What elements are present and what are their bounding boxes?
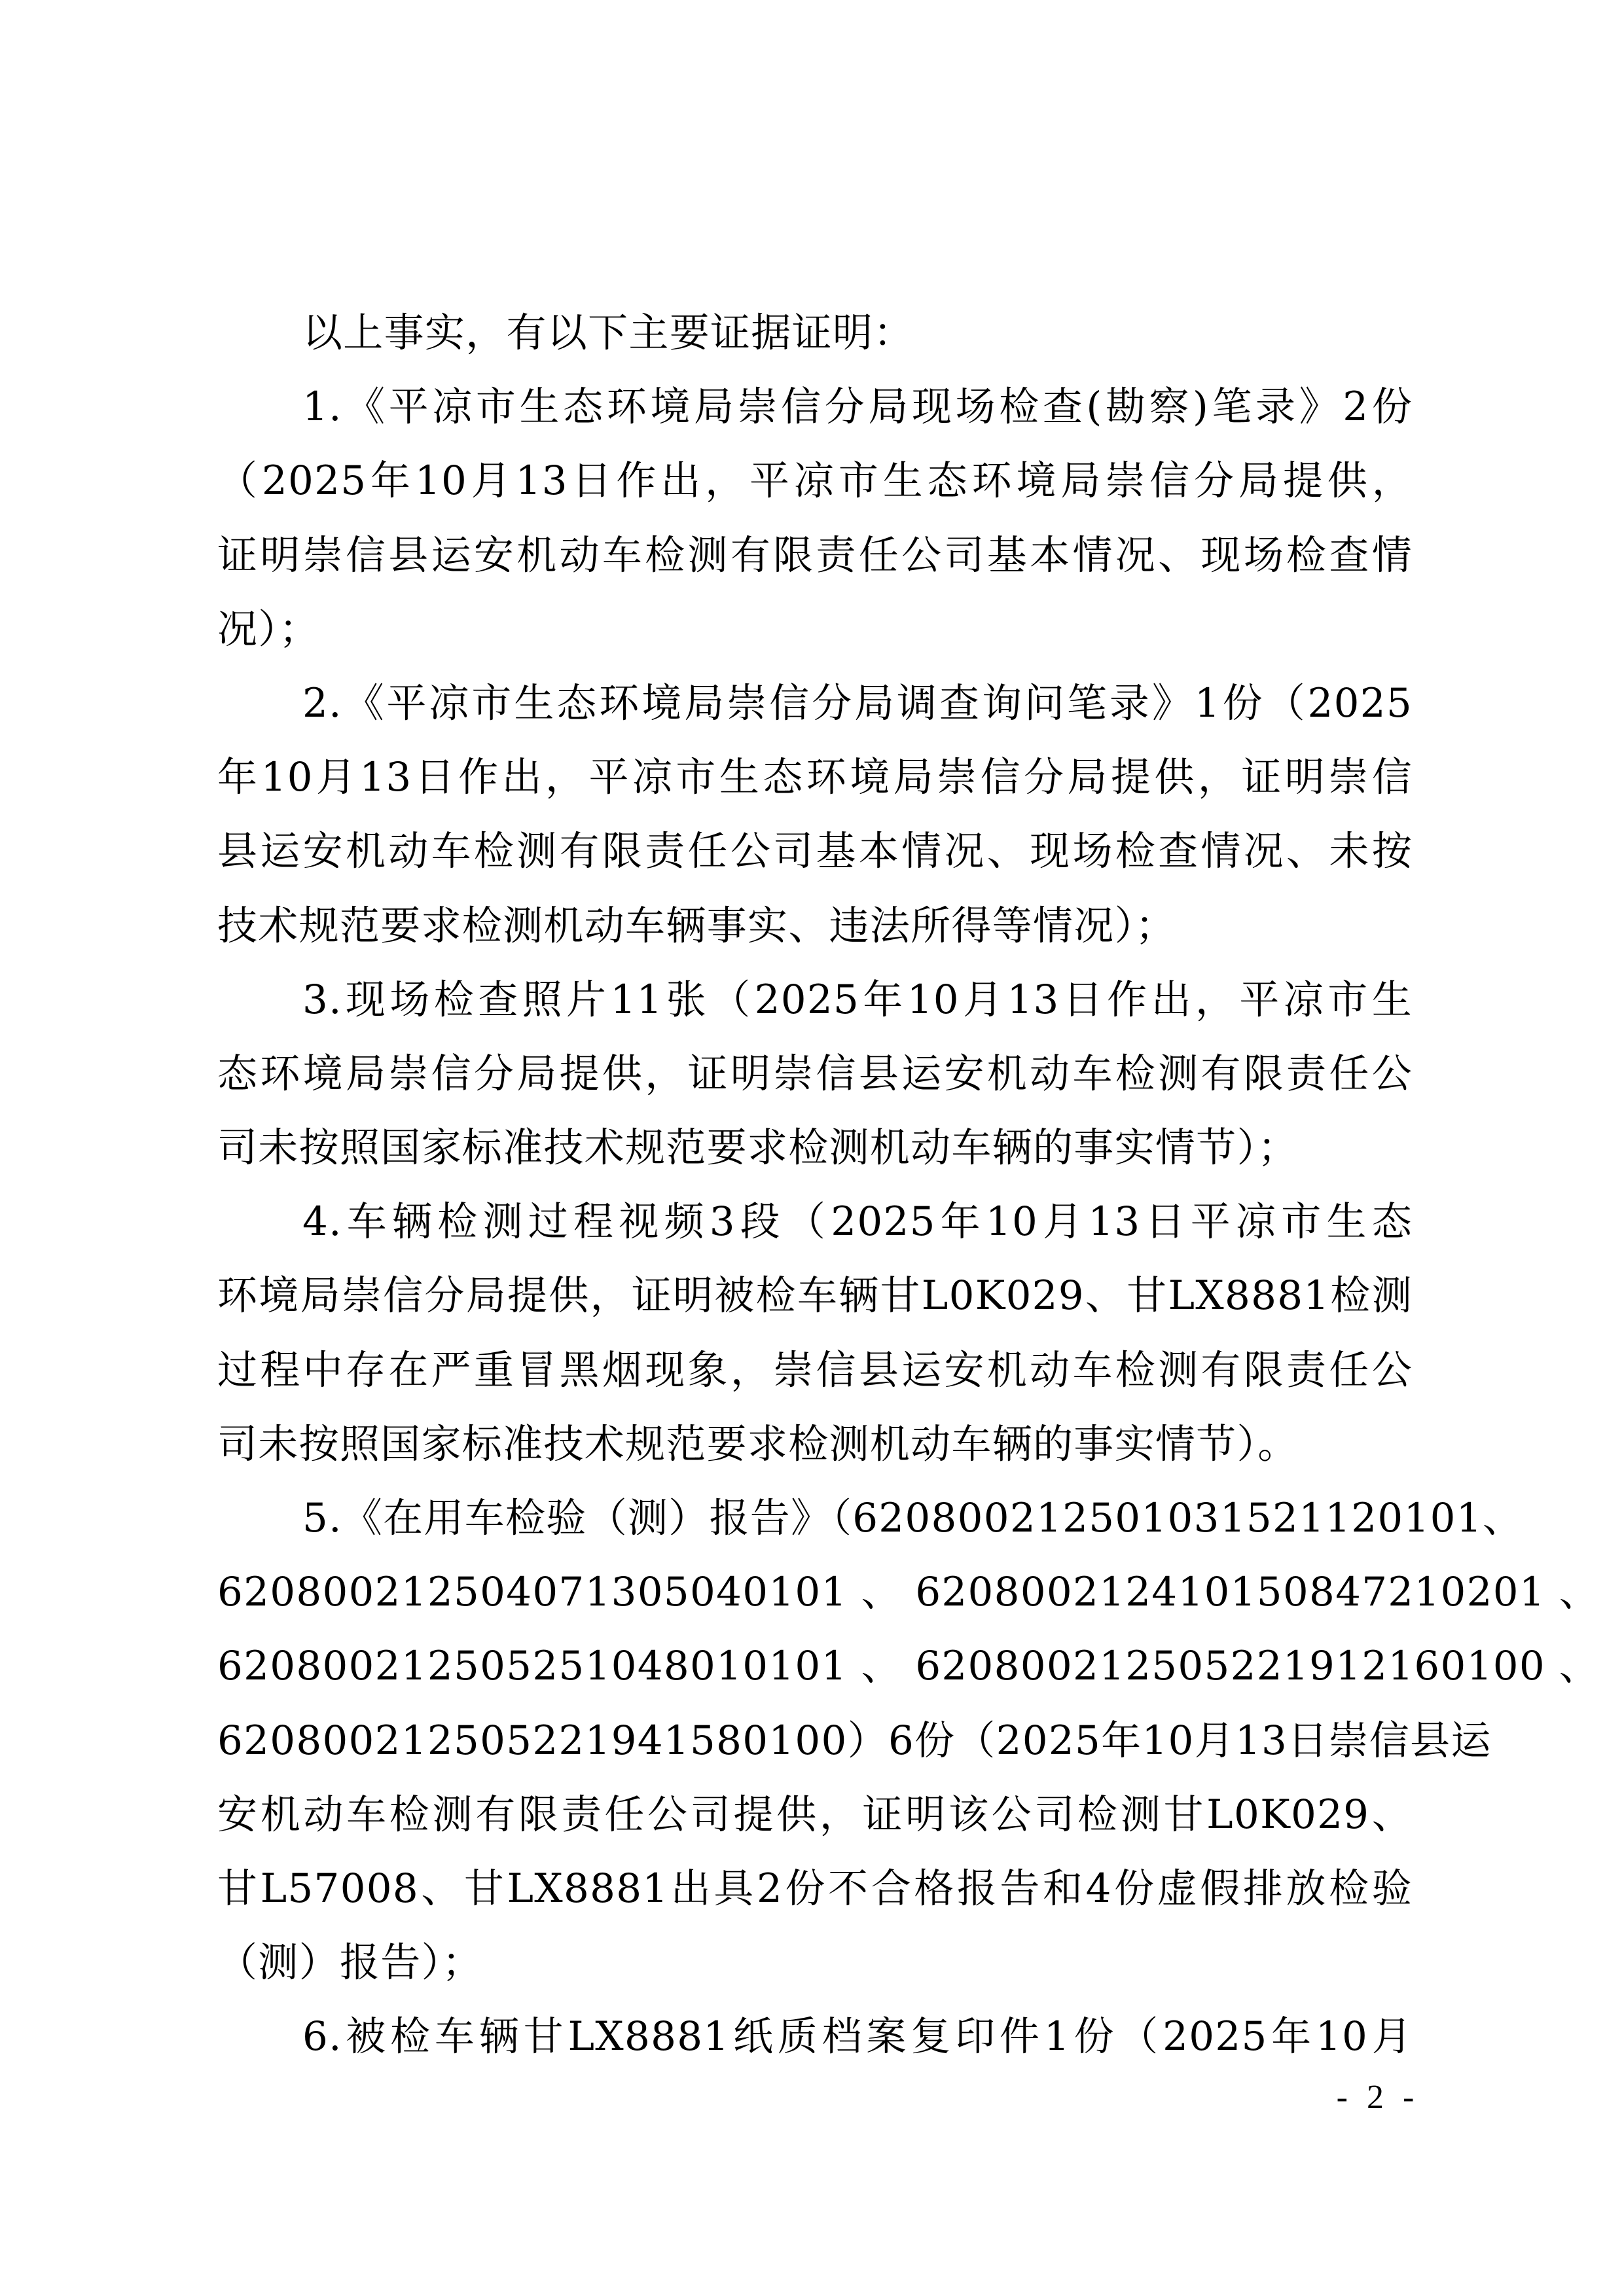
evidence-item-3: 3.现场检查照片11张（2025年10月13日作出，平凉市生 态环境局崇信分局提… <box>217 963 1413 1185</box>
evidence-line: （测）报告）； <box>217 1926 1413 2000</box>
evidence-line: 年10月13日作出，平凉市生态环境局崇信分局提供，证明崇信 <box>217 740 1413 814</box>
document-body: 以上事实，有以下主要证据证明： 1.《平凉市生态环境局崇信分局现场检查(勘察)笔… <box>217 296 1413 2074</box>
intro-line: 以上事实，有以下主要证据证明： <box>217 296 1413 370</box>
evidence-line: 技术规范要求检测机动车辆事实、违法所得等情况）； <box>217 889 1413 963</box>
evidence-line: 5.《在用车检验（测）报告》（620800212501031521120101、 <box>217 1481 1413 1555</box>
evidence-line: 证明崇信县运安机动车检测有限责任公司基本情况、现场检查情 <box>217 518 1413 592</box>
evidence-line: 620800212505251048010101 、 6208002125052… <box>217 1629 1413 1703</box>
evidence-line: 2.《平凉市生态环境局崇信分局调查询问笔录》1份（2025 <box>217 666 1413 740</box>
evidence-line: 6.被检车辆甘LX8881纸质档案复印件1份（2025年10月 <box>217 2000 1413 2073</box>
evidence-line: 司未按照国家标准技术规范要求检测机动车辆的事实情节）； <box>217 1111 1413 1185</box>
evidence-item-5: 5.《在用车检验（测）报告》（620800212501031521120101、… <box>217 1481 1413 2000</box>
evidence-line: 620800212505221941580100）6份（2025年10月13日崇… <box>217 1704 1413 1778</box>
evidence-line: 况）； <box>217 592 1413 666</box>
evidence-item-6: 6.被检车辆甘LX8881纸质档案复印件1份（2025年10月 <box>217 2000 1413 2073</box>
evidence-line: 县运安机动车检测有限责任公司基本情况、现场检查情况、未按 <box>217 814 1413 888</box>
evidence-line: 3.现场检查照片11张（2025年10月13日作出，平凉市生 <box>217 963 1413 1037</box>
evidence-line: 1.《平凉市生态环境局崇信分局现场检查(勘察)笔录》2份 <box>217 370 1413 444</box>
evidence-item-2: 2.《平凉市生态环境局崇信分局调查询问笔录》1份（2025 年10月13日作出，… <box>217 666 1413 963</box>
evidence-line: 安机动车检测有限责任公司提供，证明该公司检测甘L0K029、 <box>217 1778 1413 1852</box>
evidence-item-1: 1.《平凉市生态环境局崇信分局现场检查(勘察)笔录》2份 （2025年10月13… <box>217 370 1413 666</box>
evidence-line: 4.车辆检测过程视频3段（2025年10月13日平凉市生态 <box>217 1185 1413 1259</box>
page-number: - 2 - <box>1322 2075 1434 2121</box>
evidence-item-4: 4.车辆检测过程视频3段（2025年10月13日平凉市生态 环境局崇信分局提供，… <box>217 1185 1413 1481</box>
evidence-line: 态环境局崇信分局提供，证明崇信县运安机动车检测有限责任公 <box>217 1037 1413 1111</box>
evidence-line: 环境局崇信分局提供，证明被检车辆甘L0K029、甘LX8881检测 <box>217 1259 1413 1333</box>
evidence-line: 620800212504071305040101 、 6208002124101… <box>217 1555 1413 1629</box>
evidence-line: （2025年10月13日作出，平凉市生态环境局崇信分局提供， <box>217 444 1413 518</box>
evidence-line: 过程中存在严重冒黑烟现象，崇信县运安机动车检测有限责任公 <box>217 1333 1413 1407</box>
evidence-line: 司未按照国家标准技术规范要求检测机动车辆的事实情节）。 <box>217 1407 1413 1481</box>
evidence-line: 甘L57008、甘LX8881出具2份不合格报告和4份虚假排放检验 <box>217 1852 1413 1926</box>
